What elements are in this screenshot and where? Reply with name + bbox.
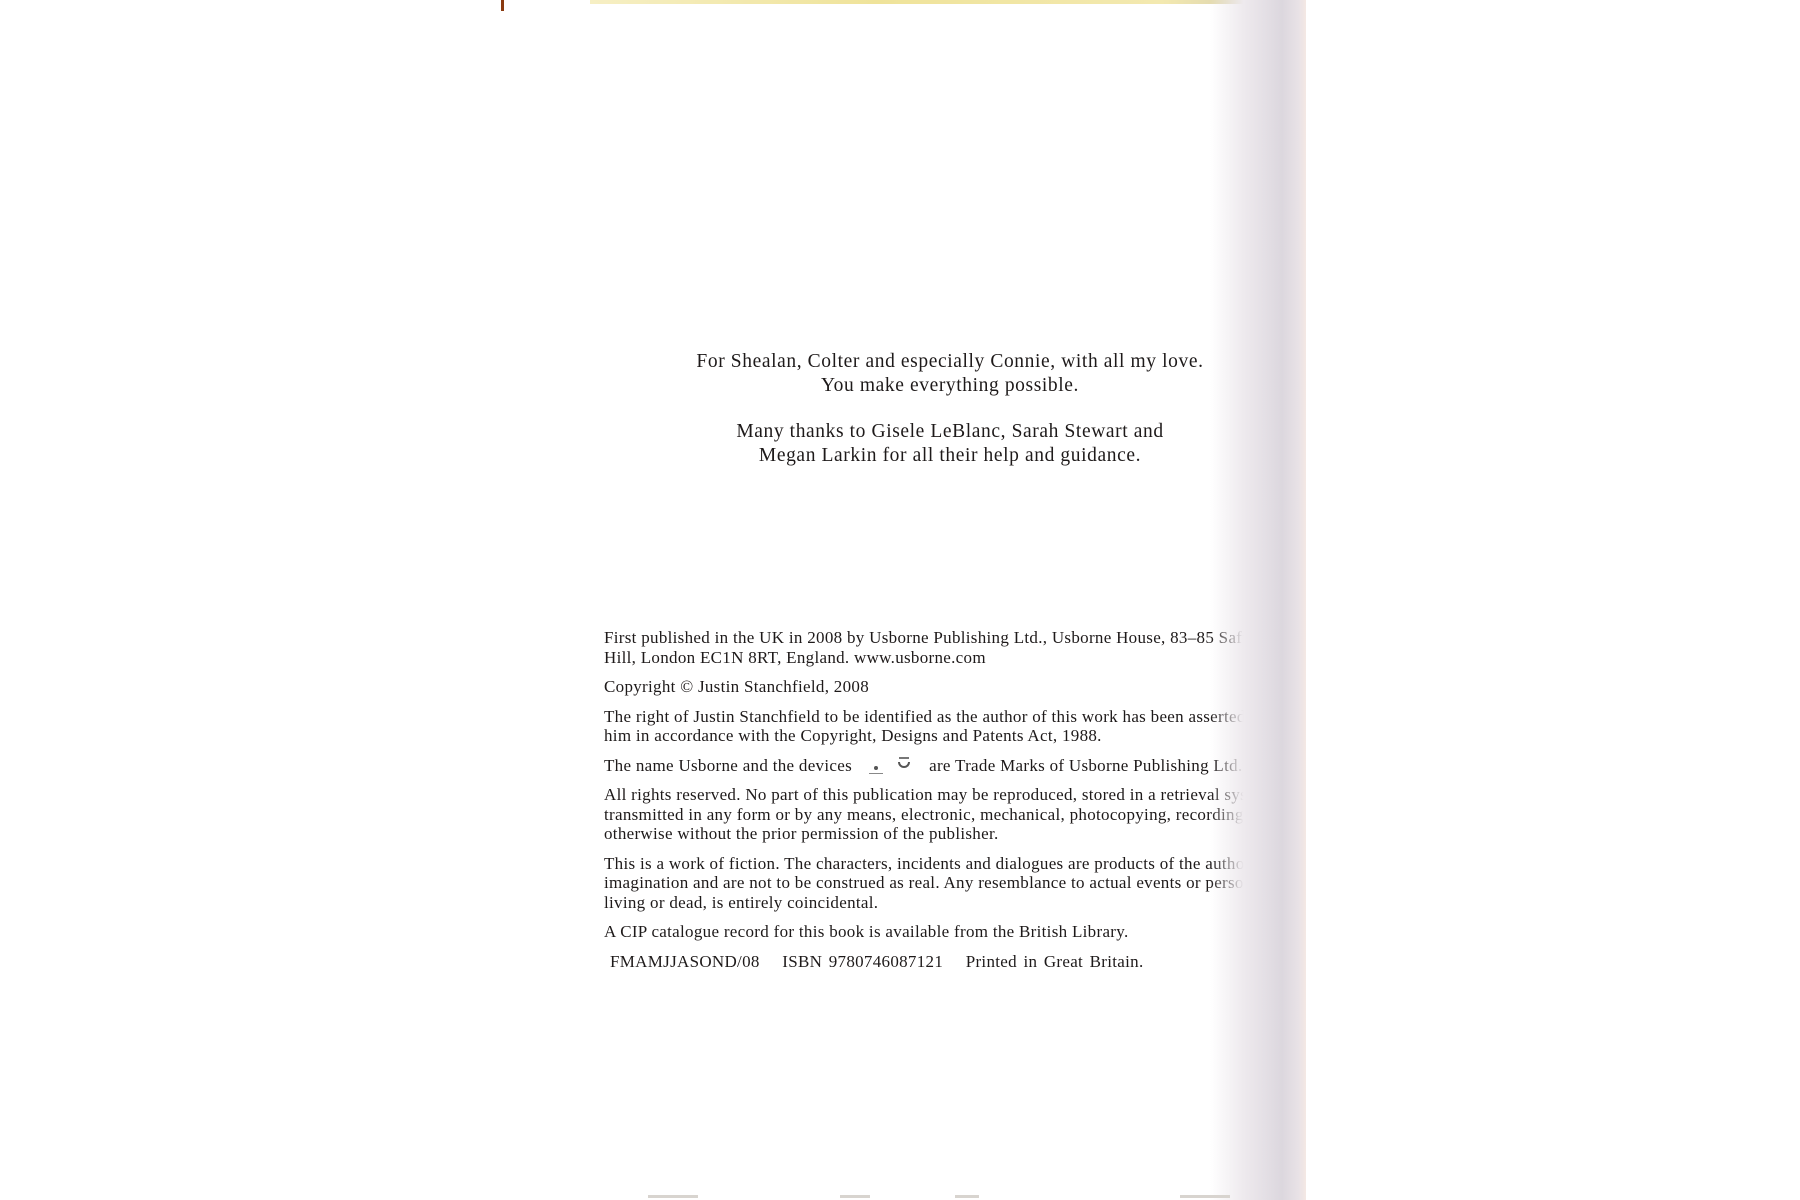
print-details: FMAMJJASOND/08 ISBN 9780746087121 Printe…	[604, 952, 1294, 972]
trademark-text-after: are Trade Marks of Usborne Publishing Lt…	[929, 756, 1242, 775]
page-gutter-shadow	[1210, 0, 1306, 1200]
isbn: ISBN 9780746087121	[782, 952, 943, 971]
trademark-text-before: The name Usborne and the devices	[604, 756, 852, 775]
moral-rights-notice: The right of Justin Stanchfield to be id…	[604, 707, 1294, 746]
usborne-balloon-device-icon	[869, 765, 883, 774]
dedication-line-2: You make everything possible.	[630, 374, 1270, 398]
dedication: For Shealan, Colter and especially Conni…	[630, 350, 1270, 468]
scan-artifact-bottom	[840, 1195, 870, 1198]
book-page: For Shealan, Colter and especially Conni…	[590, 0, 1306, 1200]
usborne-balloon-device-icon-alt	[897, 757, 911, 771]
copyright-imprint: First published in the UK in 2008 by Usb…	[604, 628, 1294, 981]
acknowledgement-line-2: Megan Larkin for all their help and guid…	[630, 444, 1270, 468]
publication-info: First published in the UK in 2008 by Usb…	[604, 628, 1294, 667]
rights-reserved-notice: All rights reserved. No part of this pub…	[604, 785, 1294, 844]
print-code: FMAMJJASOND/08	[610, 952, 760, 971]
dedication-line-1: For Shealan, Colter and especially Conni…	[630, 350, 1270, 374]
fiction-notice: This is a work of fiction. The character…	[604, 854, 1294, 913]
page-top-edge	[590, 0, 1306, 4]
printed-in: Printed in Great Britain.	[966, 952, 1144, 971]
scan-artifact-bottom	[955, 1195, 979, 1198]
copyright-notice: Copyright © Justin Stanchfield, 2008	[604, 677, 1294, 697]
scan-artifact-bottom	[1180, 1195, 1230, 1198]
acknowledgement-line-1: Many thanks to Gisele LeBlanc, Sarah Ste…	[630, 420, 1270, 444]
scan-artifact-bottom	[648, 1195, 698, 1198]
trademark-notice: The name Usborne and the devices are Tra…	[604, 756, 1294, 776]
scan-artifact-mark	[501, 0, 504, 11]
cip-notice: A CIP catalogue record for this book is …	[604, 922, 1294, 942]
trademark-devices	[863, 759, 919, 775]
